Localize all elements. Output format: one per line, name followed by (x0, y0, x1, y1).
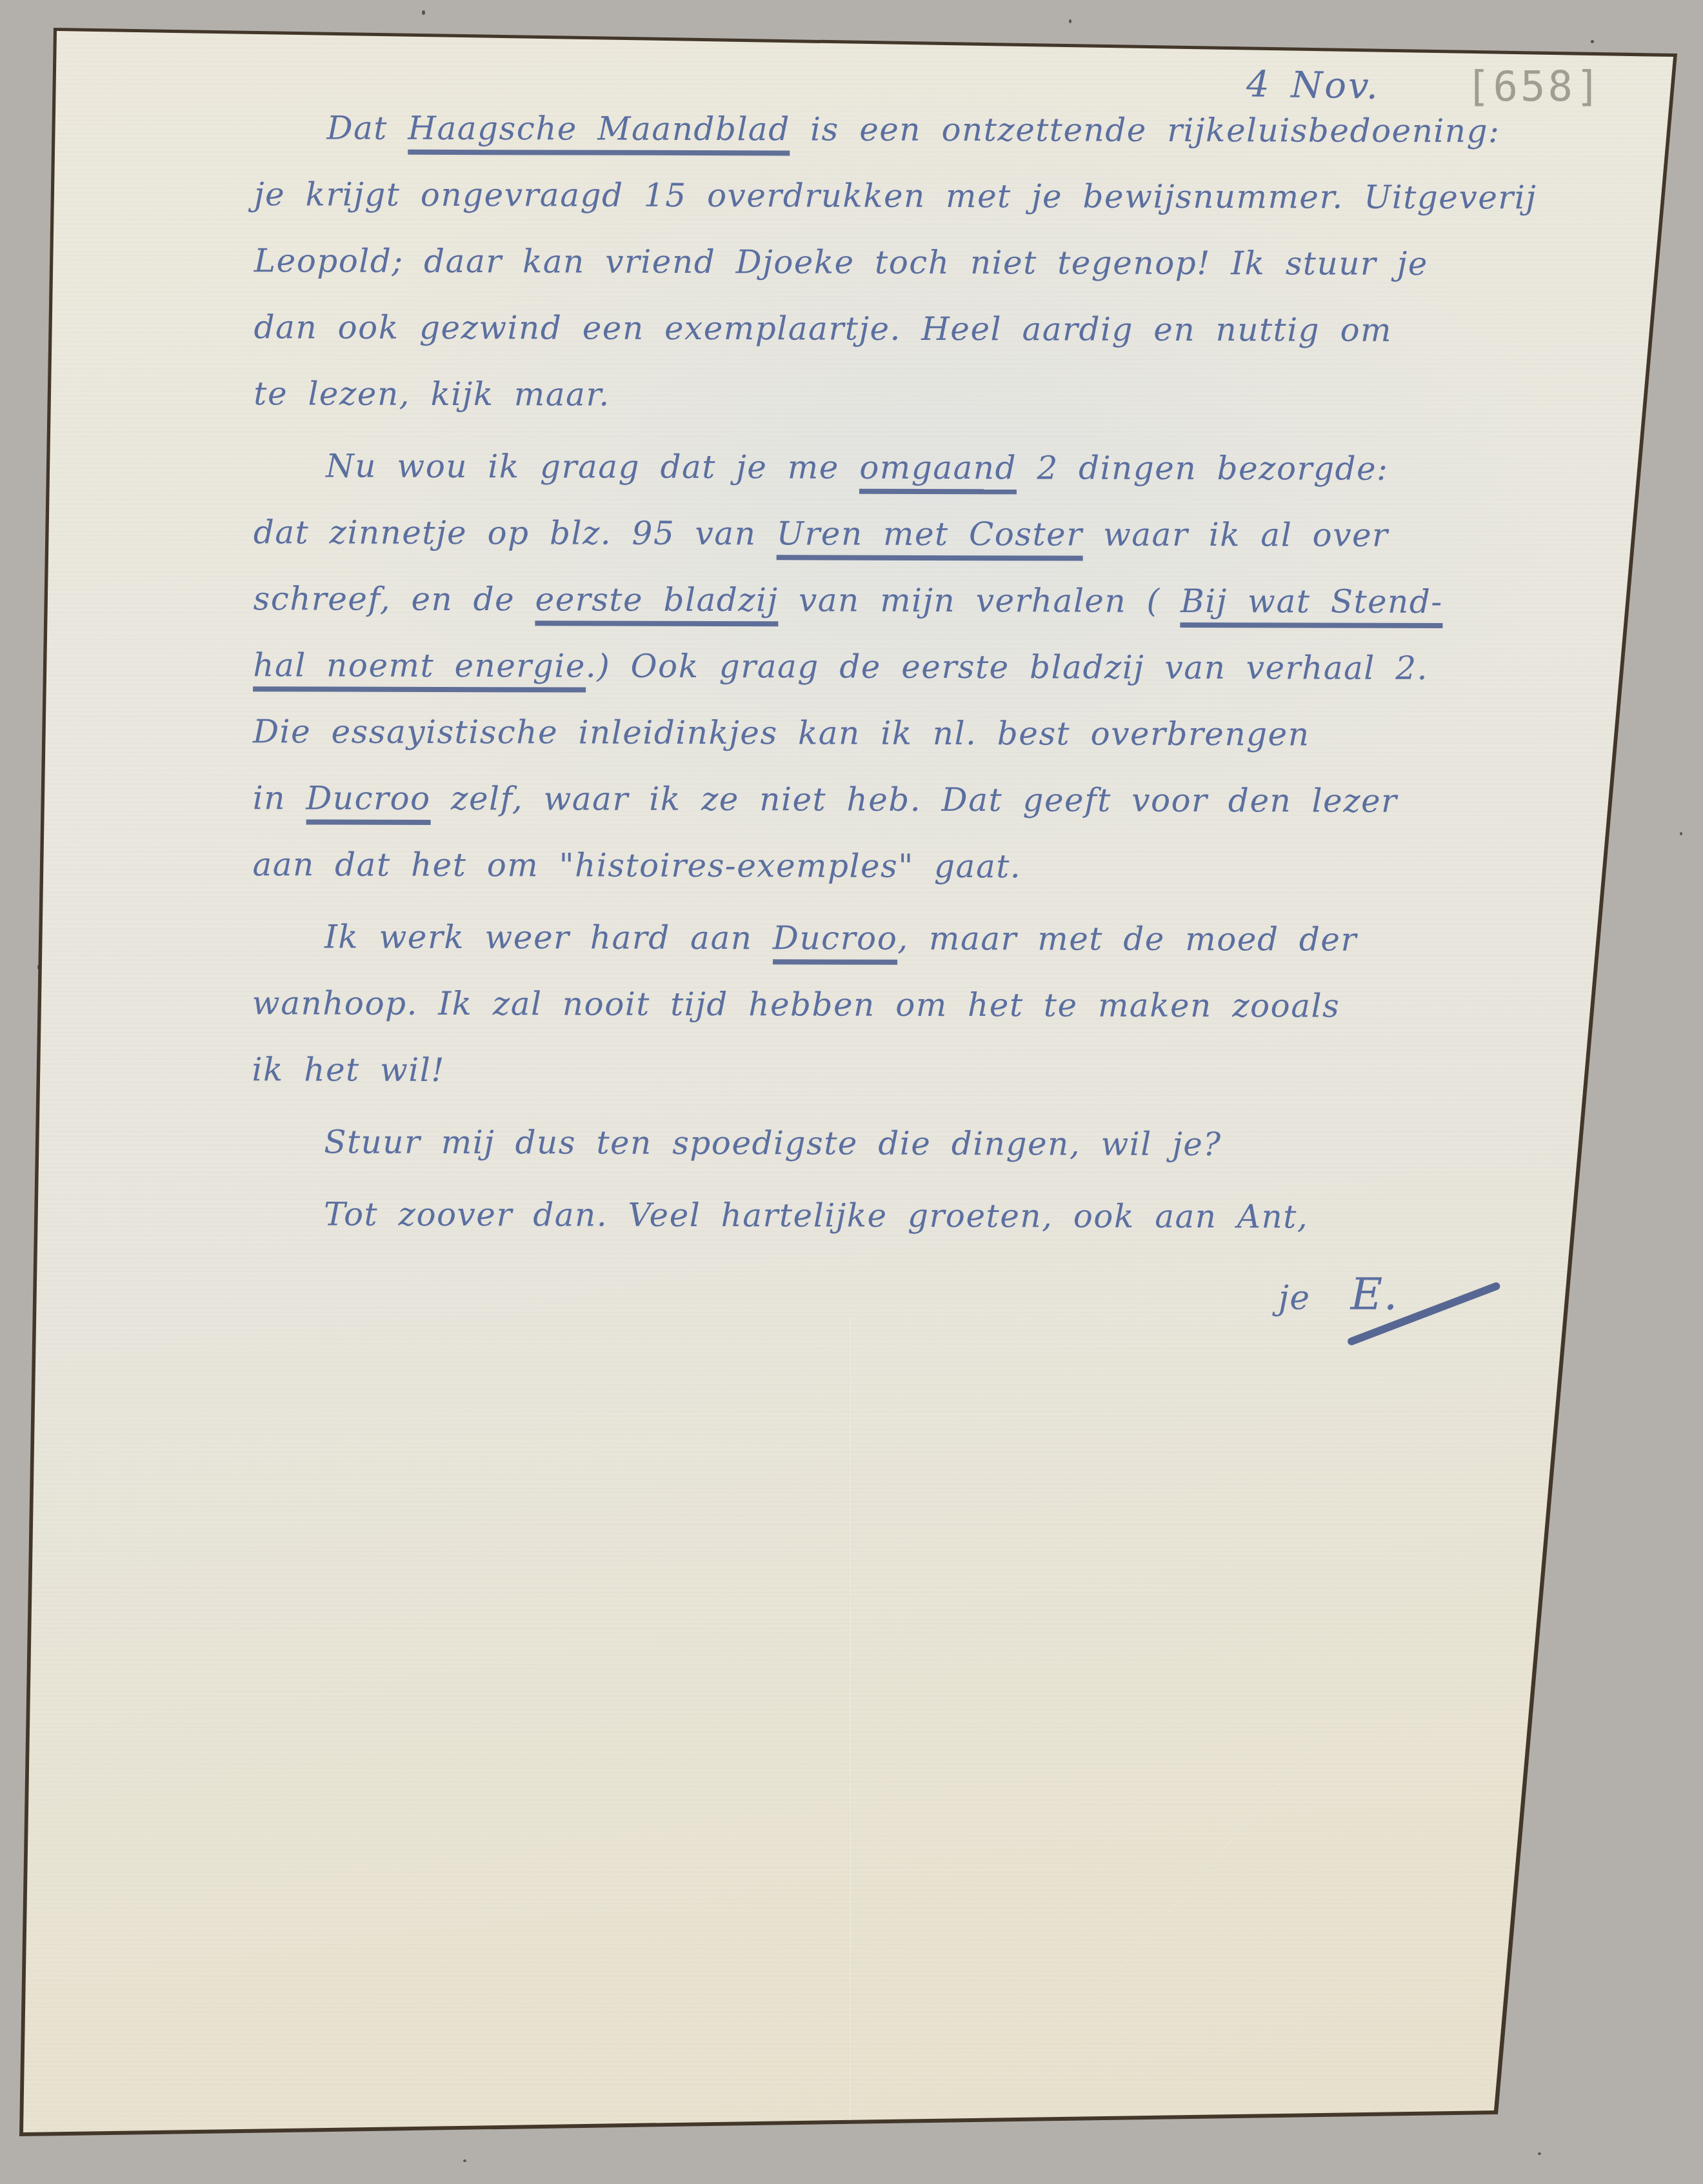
letter-paragraph: Dat Haagsche Maandblad is een ontzettend… (254, 95, 1628, 431)
letter-text: Die essayistische inleidinkjes kan ik nl… (253, 713, 1310, 753)
letter-text: Ik werk weer hard aan (324, 918, 773, 957)
underlined-text: hal noemt energie (253, 646, 586, 692)
letter-text: zelf, waar ik ze niet heb. Dat geeft voo… (431, 780, 1398, 820)
letter-line: dan ook gezwind een exemplaartje. Heel a… (254, 294, 1628, 364)
letter-text: Tot zoover dan. Veel hartelijke groeten,… (324, 1196, 1308, 1236)
letter-line: Die essayistische inleidinkjes kan ik nl… (253, 699, 1627, 769)
letter-text: Nu wou ik graag dat je me (326, 448, 859, 486)
letter-text: schreef, en de (253, 580, 535, 618)
letter-line: Stuur mij dus ten spoedigste die dingen,… (252, 1109, 1626, 1179)
letter-text: is een ontzettende rijkeluisbedoening: (790, 110, 1500, 150)
signature-prefix: je (1279, 1278, 1311, 1317)
letter-text: ik het wil! (252, 1051, 445, 1089)
letter-body: Dat Haagsche Maandblad is een ontzettend… (251, 95, 1628, 1360)
letter-text: dat zinnetje op blz. 95 van (254, 513, 777, 552)
scanner-speck (463, 2159, 466, 2162)
letter-text: waar ik al over (1083, 516, 1389, 554)
letter-line: in Ducroo zelf, waar ik ze niet heb. Dat… (253, 765, 1627, 835)
letter-line: hal noemt energie.) Ook graag de eerste … (253, 632, 1627, 702)
signature-initial: E. (1351, 1269, 1399, 1320)
letter-text: te lezen, kijk maar. (254, 375, 610, 413)
letter-text: .) Ook graag de eerste bladzij van verha… (586, 648, 1428, 687)
letter-line: te lezen, kijk maar. (254, 361, 1628, 431)
letter-text: in (253, 779, 306, 817)
scan-background: [658] 4 Nov. Dat Haagsche Maandblad is e… (0, 0, 1703, 2184)
letter-text: Stuur mij dus ten spoedigste die dingen,… (324, 1124, 1221, 1164)
letter-line: aan dat het om "histoires-exemples" gaat… (252, 831, 1626, 902)
letter-text: van mijn verhalen ( (779, 581, 1181, 620)
underlined-text: eerste bladzij (535, 581, 779, 626)
underlined-text: Ducroo (773, 919, 898, 965)
underlined-text: Bij wat Stend- (1180, 582, 1443, 628)
letter-text: wanhoop. Ik zal nooit tijd hebben om het… (252, 984, 1340, 1024)
underlined-text: Ducroo (306, 779, 431, 825)
letter-line: Ik werk weer hard aan Ducroo, maar met d… (252, 904, 1626, 974)
letter-line: dat zinnetje op blz. 95 van Uren met Cos… (254, 499, 1628, 570)
letter-line: Tot zoover dan. Veel hartelijke groeten,… (252, 1181, 1626, 1251)
scanner-speck (1680, 832, 1682, 835)
underlined-text: omgaand (859, 449, 1017, 495)
scanner-speck (1591, 40, 1594, 43)
scanner-speck (1069, 19, 1071, 23)
letter-paragraph: Tot zoover dan. Veel hartelijke groeten,… (252, 1181, 1626, 1251)
letter-text: Leopold; daar kan vriend Djoeke toch nie… (254, 242, 1428, 283)
letter-line: schreef, en de eerste bladzij van mijn v… (253, 566, 1627, 636)
letter-line: je krijgt ongevraagd 15 overdrukken met … (254, 161, 1628, 232)
underlined-text: Uren met Coster (777, 515, 1083, 561)
letter-line: Nu wou ik graag dat je me omgaand 2 ding… (254, 433, 1628, 503)
fold-crease (849, 1316, 851, 2122)
letter-line: wanhoop. Ik zal nooit tijd hebben om het… (252, 970, 1626, 1040)
letter-text: 2 dingen bezorgde: (1017, 449, 1389, 488)
letter-line: ik het wil! (252, 1037, 1626, 1107)
letter-paragraph: Nu wou ik graag dat je me omgaand 2 ding… (252, 433, 1628, 902)
letter-text: aan dat het om "histoires-exemples" gaat… (252, 846, 1021, 885)
letter-page: [658] 4 Nov. Dat Haagsche Maandblad is e… (0, 0, 1703, 2184)
scanner-speck (422, 10, 425, 15)
letter-text: je krijgt ongevraagd 15 overdrukken met … (254, 175, 1537, 216)
scanner-speck (1538, 2152, 1541, 2155)
letter-paragraph: Stuur mij dus ten spoedigste die dingen,… (252, 1109, 1626, 1179)
fold-crease (1084, 1735, 1323, 2009)
letter-line: Leopold; daar kan vriend Djoeke toch nie… (254, 228, 1628, 298)
letter-line: Dat Haagsche Maandblad is een ontzettend… (254, 95, 1628, 165)
letter-text: , maar met de moed der (897, 920, 1357, 958)
underlined-text: Haagsche Maandblad (408, 110, 790, 156)
letter-paragraph: Ik werk weer hard aan Ducroo, maar met d… (252, 904, 1626, 1107)
letter-text: Dat (326, 110, 408, 147)
signature-line: jeE. (251, 1253, 1625, 1360)
letter-text: dan ook gezwind een exemplaartje. Heel a… (254, 308, 1393, 349)
